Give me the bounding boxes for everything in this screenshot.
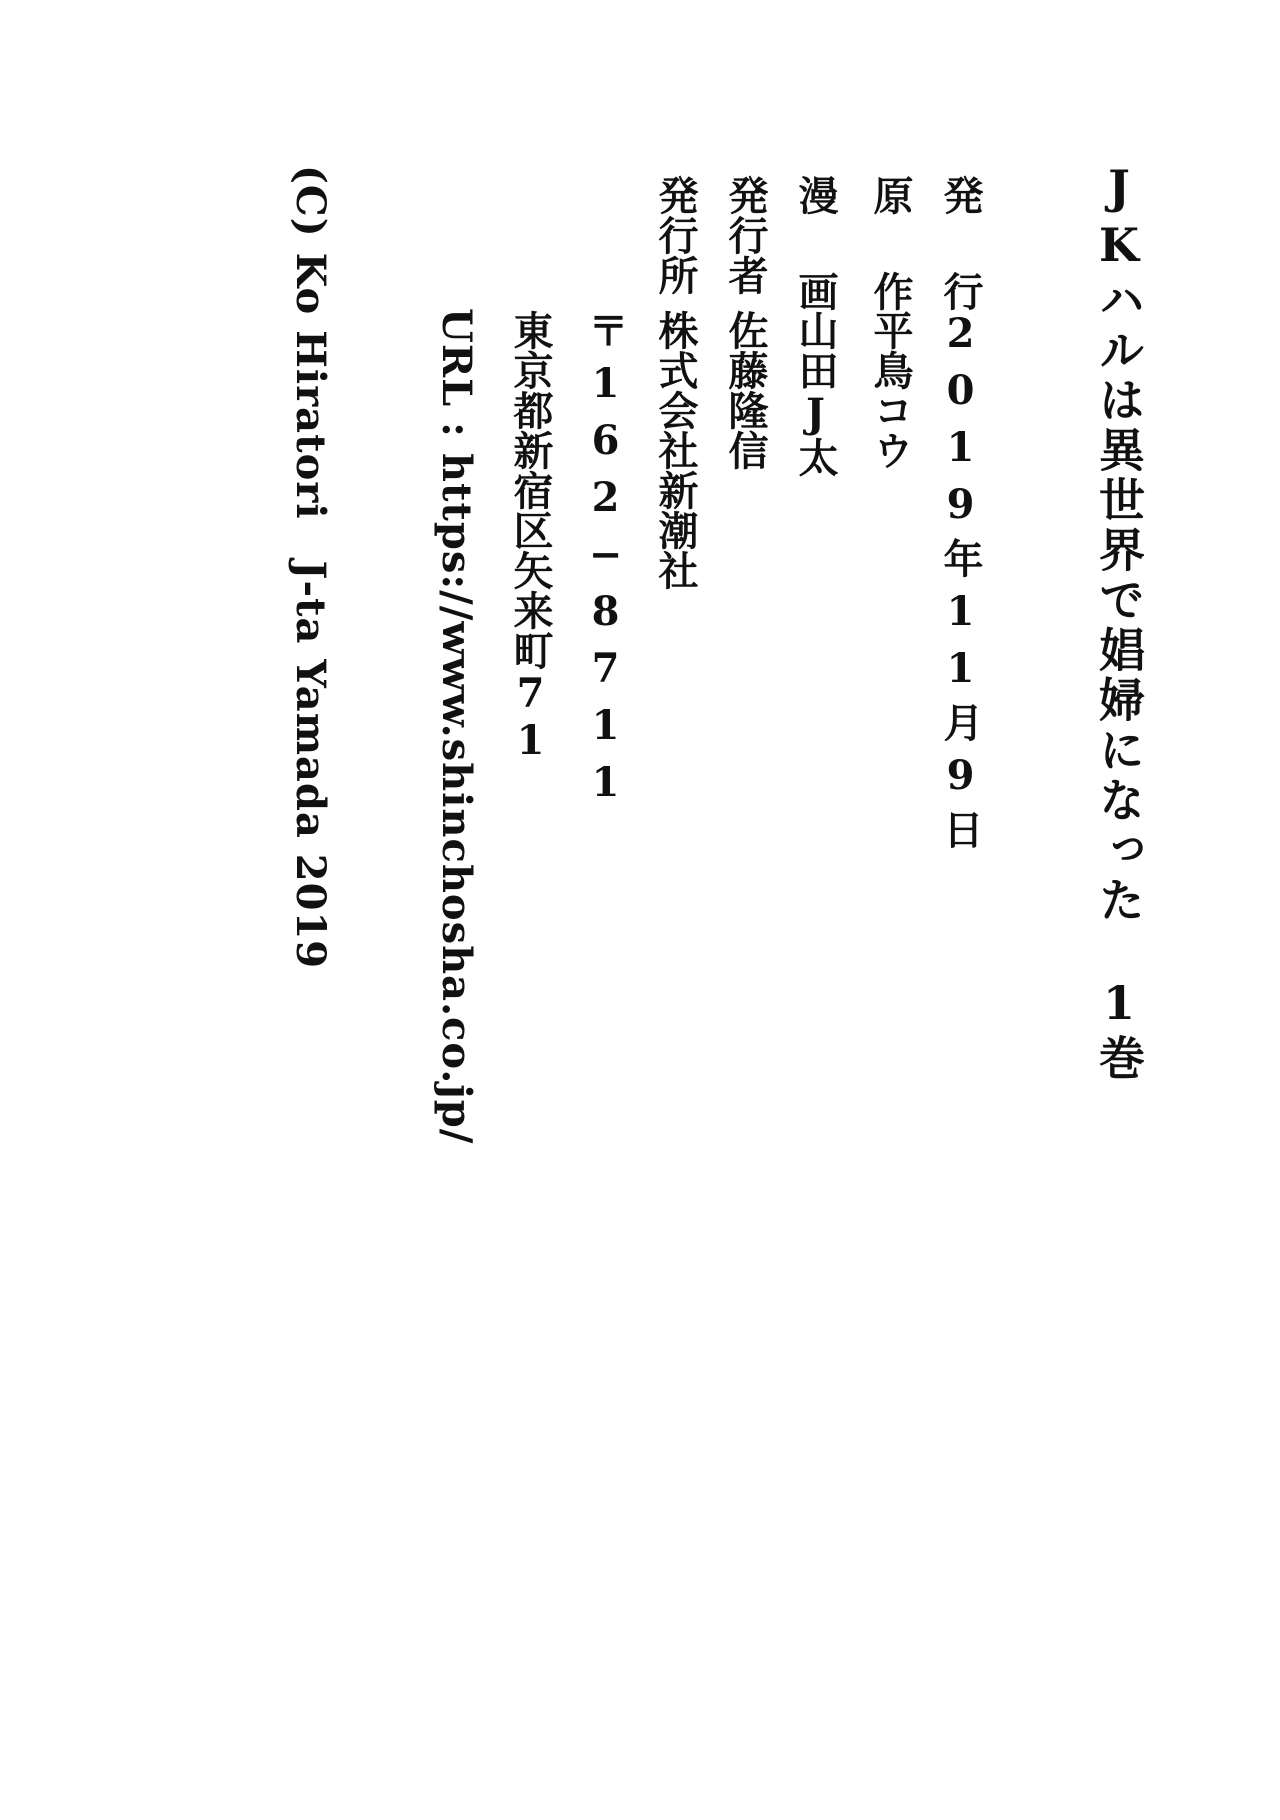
copyright-notice: (C) Ko Hiratori J-ta Yamada 2019	[290, 165, 330, 969]
street-address: 東京都新宿区矢来町71	[510, 310, 550, 764]
value-publishing-house: 株式会社新潮社	[655, 310, 695, 590]
label-publisher-person: 発行者	[725, 175, 765, 295]
book-title: JKハルは異世界で娼婦になった 1巻	[1096, 160, 1142, 1084]
value-publisher-person: 佐藤隆信	[725, 310, 765, 470]
label-publishing-house: 発行所	[655, 175, 695, 295]
publisher-url[interactable]: URL : https://www.shinchosha.co.jp/	[436, 308, 476, 1144]
value-manga-artist: 山田J太	[795, 310, 835, 477]
value-publication-date: 2019年11月9日	[940, 310, 980, 859]
value-original-author: 平鳥コウ	[870, 310, 910, 470]
postal-code: 〒162−8711	[585, 310, 625, 816]
